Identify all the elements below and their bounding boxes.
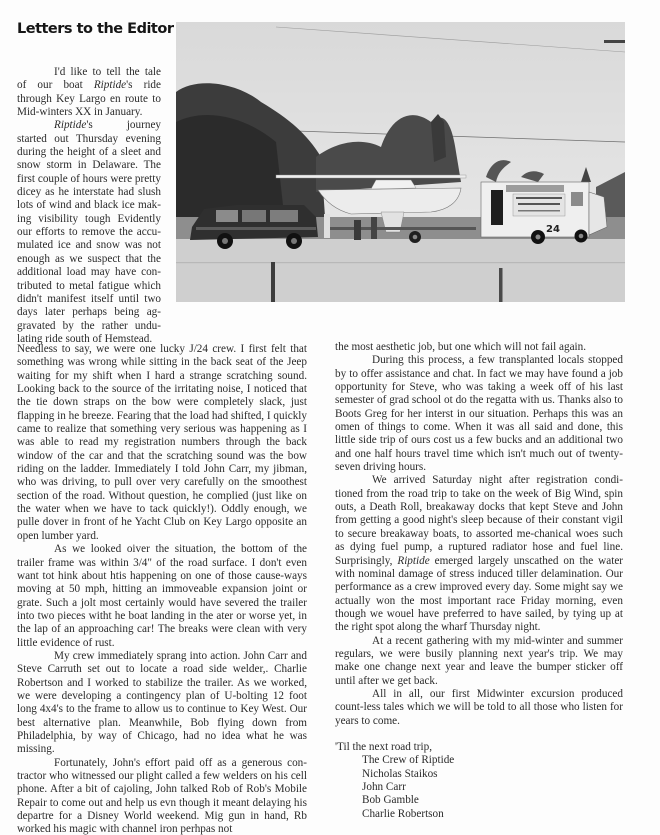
paragraph: We arrived Saturday night after registra… — [335, 474, 623, 634]
paragraph: During this process, a few transplanted … — [335, 354, 623, 474]
paragraph: My crew immediately sprang into action. … — [17, 650, 307, 757]
text: 's journey started out Thursday evening … — [17, 119, 161, 345]
paragraph: the most aesthetic job, but one which wi… — [335, 341, 623, 354]
paragraph: At a recent gathering with my mid-winter… — [335, 635, 623, 688]
signature-name: Nicholas Staikos — [335, 768, 623, 781]
boat-name: Riptide — [94, 79, 126, 91]
boat-name: Riptide — [397, 555, 429, 567]
paragraph: Riptide's journey started out Thursday e… — [17, 119, 161, 346]
paragraph: Needless to say, we were one lucky J/24 … — [17, 343, 307, 543]
van-badge-text: 24 — [546, 224, 560, 235]
paragraph: As we looked oiver the situation, the bo… — [17, 543, 307, 650]
paragraph: I'd like to tell the tale of our boat Ri… — [17, 66, 161, 119]
signature-crew: The Crew of Riptide — [335, 754, 623, 767]
paragraph: All in all, our first Midwinter excursio… — [335, 688, 623, 728]
boat-trailer-photo: 24 — [176, 22, 625, 302]
signature-name: Charlie Robertson — [335, 808, 623, 821]
boat-name: Riptide — [54, 119, 86, 131]
letter-left-column: Needless to say, we were one lucky J/24 … — [17, 343, 307, 835]
closing-line: 'Til the next road trip, — [335, 741, 623, 754]
signature-name: Bob Gamble — [335, 794, 623, 807]
signature-name: John Carr — [335, 781, 623, 794]
letter-right-column: the most aesthetic job, but one which wi… — [335, 341, 623, 821]
magazine-page: Letters to the Editor — [0, 0, 660, 835]
paragraph: Fortunately, John's effort paid off as a… — [17, 757, 307, 835]
section-title: Letters to the Editor — [17, 21, 173, 37]
letter-intro-column: I'd like to tell the tale of our boat Ri… — [17, 66, 161, 346]
text: We arrived Saturday night after registra… — [335, 474, 623, 566]
